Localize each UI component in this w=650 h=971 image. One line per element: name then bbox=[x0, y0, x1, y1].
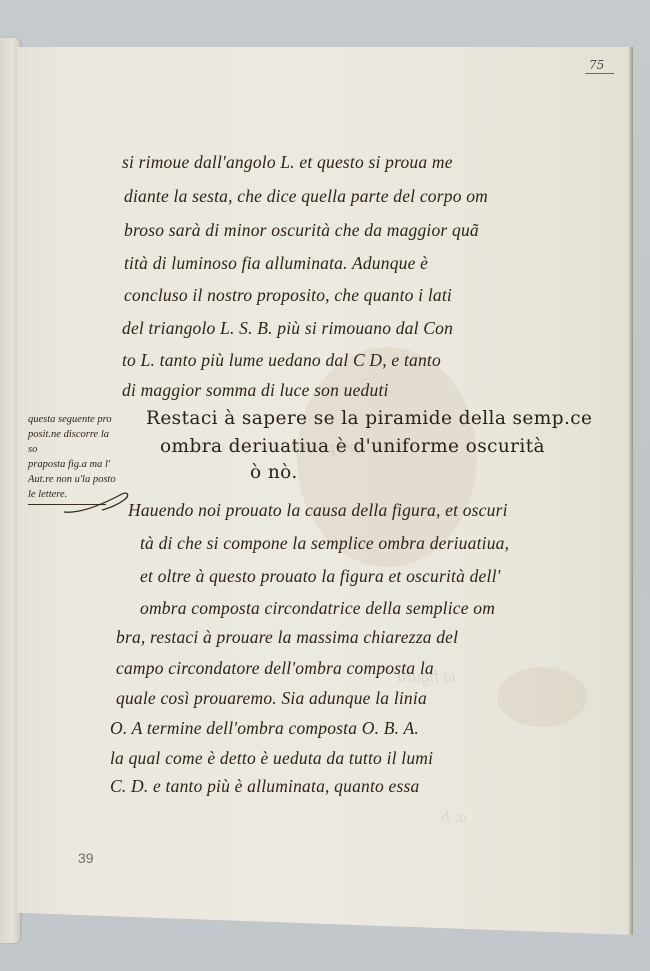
body-line: Hauendo noi prouato la causa della figur… bbox=[128, 500, 508, 521]
body-line: tà di che si compone la semplice ombra d… bbox=[140, 533, 509, 554]
margin-note-line: questa seguente pro bbox=[28, 412, 118, 427]
folio-number: 75 bbox=[585, 58, 614, 74]
section-heading-line: ombra deriuatiua è d'uniforme oscurità bbox=[160, 436, 545, 457]
section-heading-line: Restaci à sapere se la piramide della se… bbox=[146, 408, 592, 429]
body-line: et oltre à questo prouato la figura et o… bbox=[140, 566, 501, 587]
body-line: di maggior somma di luce son ueduti bbox=[122, 380, 389, 401]
body-line: broso sarà di minor oscurità che da magg… bbox=[124, 220, 479, 241]
body-line: si rimoue dall'angolo L. et questo si pr… bbox=[122, 152, 453, 173]
body-line: campo circondatore dell'ombra composta l… bbox=[116, 658, 434, 679]
margin-note-line: Aut.re non u'la posto bbox=[28, 472, 118, 487]
pencil-page-number: 39 bbox=[78, 850, 94, 866]
initial-flourish-icon bbox=[62, 488, 132, 518]
ink-bleed-through: a. b. bbox=[437, 807, 467, 827]
body-line: C. D. e tanto più è alluminata, quanto e… bbox=[110, 776, 420, 797]
paper-stain bbox=[497, 667, 587, 727]
body-line: del triangolo L. S. B. più si rimouano d… bbox=[122, 318, 453, 339]
body-line: quale così prouaremo. Sia adunque la lin… bbox=[116, 688, 427, 709]
section-heading-line: ò nò. bbox=[250, 462, 298, 483]
body-line: bra, restaci à prouare la massima chiare… bbox=[116, 627, 458, 648]
body-line: concluso il nostro proposito, che quanto… bbox=[124, 285, 452, 306]
body-line: diante la sesta, che dice quella parte d… bbox=[124, 186, 488, 207]
margin-note-line: posit.ne discorre la so bbox=[28, 427, 118, 457]
body-line: la qual come è detto è ueduta da tutto i… bbox=[110, 748, 433, 769]
body-line: O. A termine dell'ombra composta O. B. A… bbox=[110, 718, 419, 739]
body-line: tità di luminoso fia alluminata. Adunque… bbox=[124, 253, 428, 274]
body-line: ombra composta circondatrice della sempl… bbox=[140, 598, 495, 619]
body-line: to L. tanto più lume uedano dal C D, e t… bbox=[122, 350, 441, 371]
margin-note-line: praposta fig.a ma l' bbox=[28, 457, 118, 472]
